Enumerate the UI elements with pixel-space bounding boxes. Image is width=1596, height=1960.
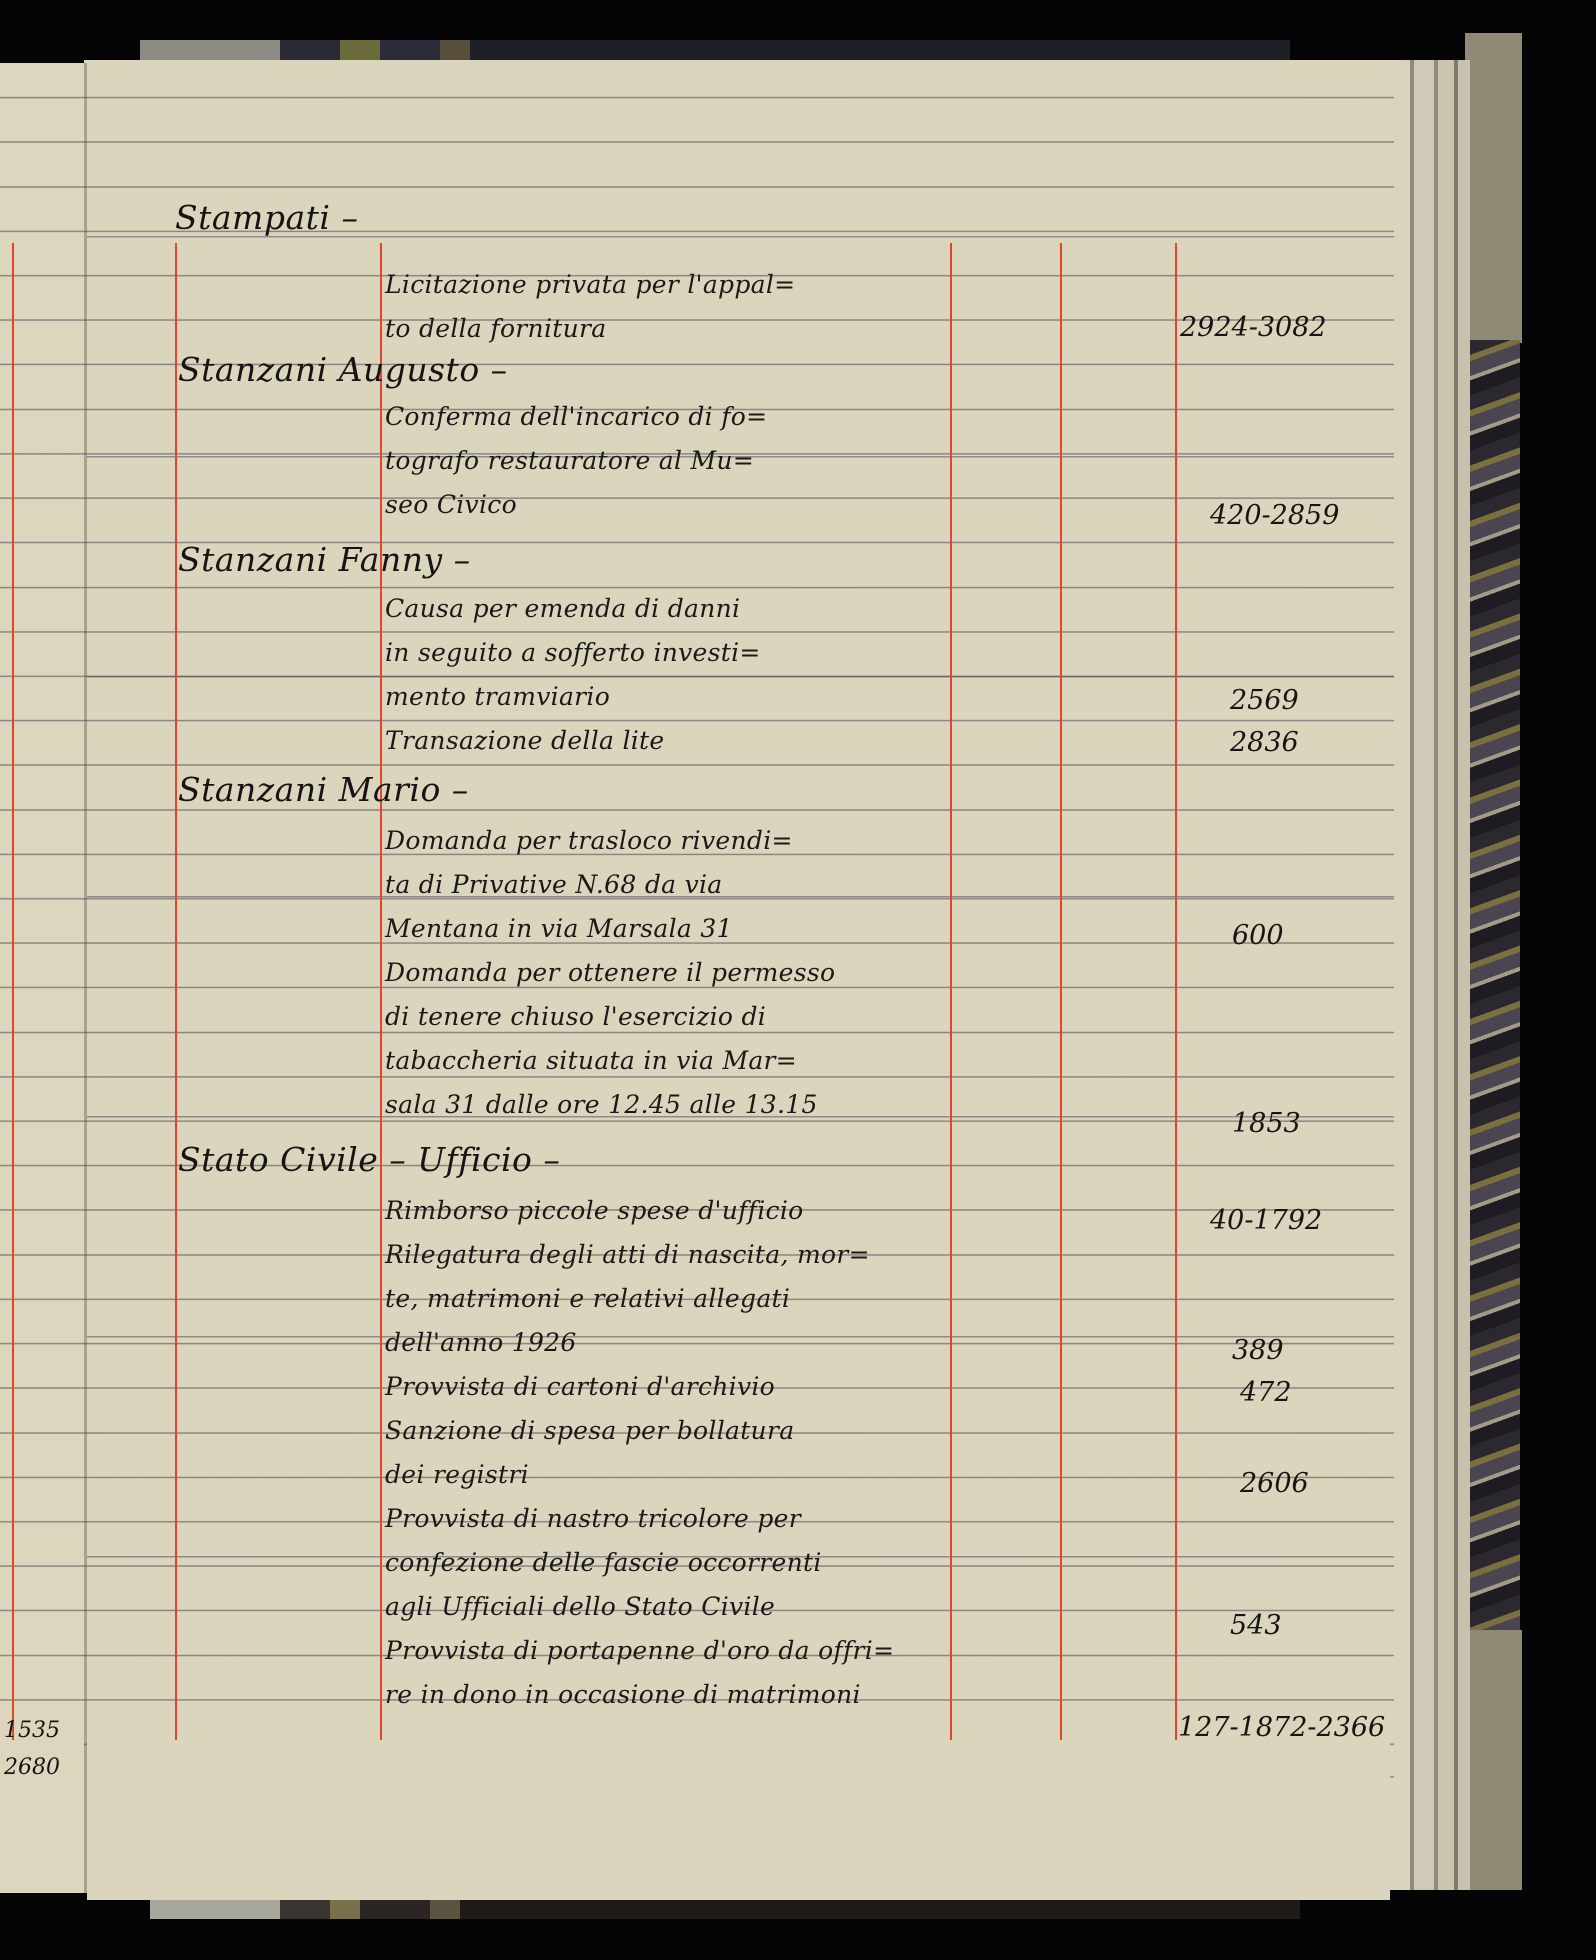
entry-line: Provvista di portapenne d'oro da offri= bbox=[385, 1636, 894, 1665]
entry-line: mento tramviario bbox=[385, 682, 610, 711]
entry-heading: Stato Civile – Ufficio – bbox=[178, 1140, 560, 1179]
book-gutter bbox=[84, 63, 87, 1893]
reference-number: 40-1792 bbox=[1210, 1205, 1322, 1236]
entry-line: dell'anno 1926 bbox=[385, 1328, 577, 1357]
book-cover-corner-top bbox=[1465, 33, 1522, 343]
reference-number: 543 bbox=[1230, 1610, 1282, 1641]
entry-line: te, matrimoni e relativi allegati bbox=[385, 1284, 790, 1313]
right-page-bottom-blank bbox=[87, 1740, 1390, 1900]
entry-line: di tenere chiuso l'esercizio di bbox=[385, 1002, 766, 1031]
reference-number: 472 bbox=[1240, 1377, 1292, 1408]
entry-line: Sanzione di spesa per bollatura bbox=[385, 1416, 794, 1445]
entry-line: Conferma dell'incarico di fo= bbox=[385, 402, 767, 431]
entry-line: sala 31 dalle ore 12.45 alle 13.15 bbox=[385, 1090, 818, 1119]
entry-heading: Stanzani Fanny – bbox=[178, 540, 471, 579]
entry-line: tografo restauratore al Mu= bbox=[385, 446, 754, 475]
entry-line: Domanda per trasloco rivendi= bbox=[385, 826, 793, 855]
entry-line: in seguito a sofferto investi= bbox=[385, 638, 761, 667]
reference-number: 389 bbox=[1232, 1335, 1284, 1366]
left-page-ref: 2680 bbox=[4, 1755, 60, 1780]
reference-number: 2836 bbox=[1230, 727, 1299, 758]
entry-line: Mentana in via Marsala 31 bbox=[385, 914, 733, 943]
page-stack-edges bbox=[1390, 60, 1470, 1890]
reference-number: 600 bbox=[1232, 920, 1284, 951]
entry-heading: Stampati – bbox=[175, 198, 358, 237]
red-margin-2 bbox=[380, 243, 382, 1740]
entry-line: Provvista di cartoni d'archivio bbox=[385, 1372, 775, 1401]
reference-number: 2606 bbox=[1240, 1468, 1309, 1499]
reference-number: 2569 bbox=[1230, 685, 1299, 716]
left-page-ref: 1535 bbox=[4, 1718, 60, 1743]
entry-line: ta di Privative N.68 da via bbox=[385, 870, 723, 899]
entry-line: to della fornitura bbox=[385, 314, 606, 343]
entry-line: dei registri bbox=[385, 1460, 529, 1489]
entry-line: Licitazione privata per l'appal= bbox=[385, 270, 795, 299]
entry-line: Rimborso piccole spese d'ufficio bbox=[385, 1196, 803, 1225]
reference-number: 420-2859 bbox=[1210, 500, 1339, 531]
entry-line: re in dono in occasione di matrimoni bbox=[385, 1680, 861, 1709]
book-cover-corner-bottom bbox=[1465, 1630, 1522, 1890]
entry-line: agli Ufficiali dello Stato Civile bbox=[385, 1592, 775, 1621]
entry-line: Provvista di nastro tricolore per bbox=[385, 1504, 801, 1533]
entry-heading: Stanzani Mario – bbox=[178, 770, 469, 809]
reference-number: 2924-3082 bbox=[1180, 312, 1327, 343]
entry-line: Rilegatura degli atti di nascita, mor= bbox=[385, 1240, 870, 1269]
red-margin-left-page bbox=[12, 243, 14, 1740]
book-cover-marbled-edge bbox=[1470, 340, 1520, 1640]
entry-line: confezione delle fascie occorrenti bbox=[385, 1548, 822, 1577]
reference-number: 1853 bbox=[1232, 1108, 1301, 1139]
entry-line: seo Civico bbox=[385, 490, 517, 519]
red-margin-5 bbox=[1175, 243, 1177, 1740]
entry-line: Domanda per ottenere il permesso bbox=[385, 958, 835, 987]
red-margin-3 bbox=[950, 243, 952, 1740]
red-margin-1 bbox=[175, 243, 177, 1740]
red-margin-4 bbox=[1060, 243, 1062, 1740]
entry-line: Transazione della lite bbox=[385, 726, 665, 755]
entry-heading: Stanzani Augusto – bbox=[178, 350, 508, 389]
reference-number: 127-1872-2366 bbox=[1178, 1712, 1385, 1743]
entry-line: tabaccheria situata in via Mar= bbox=[385, 1046, 797, 1075]
entry-line: Causa per emenda di danni bbox=[385, 594, 740, 623]
